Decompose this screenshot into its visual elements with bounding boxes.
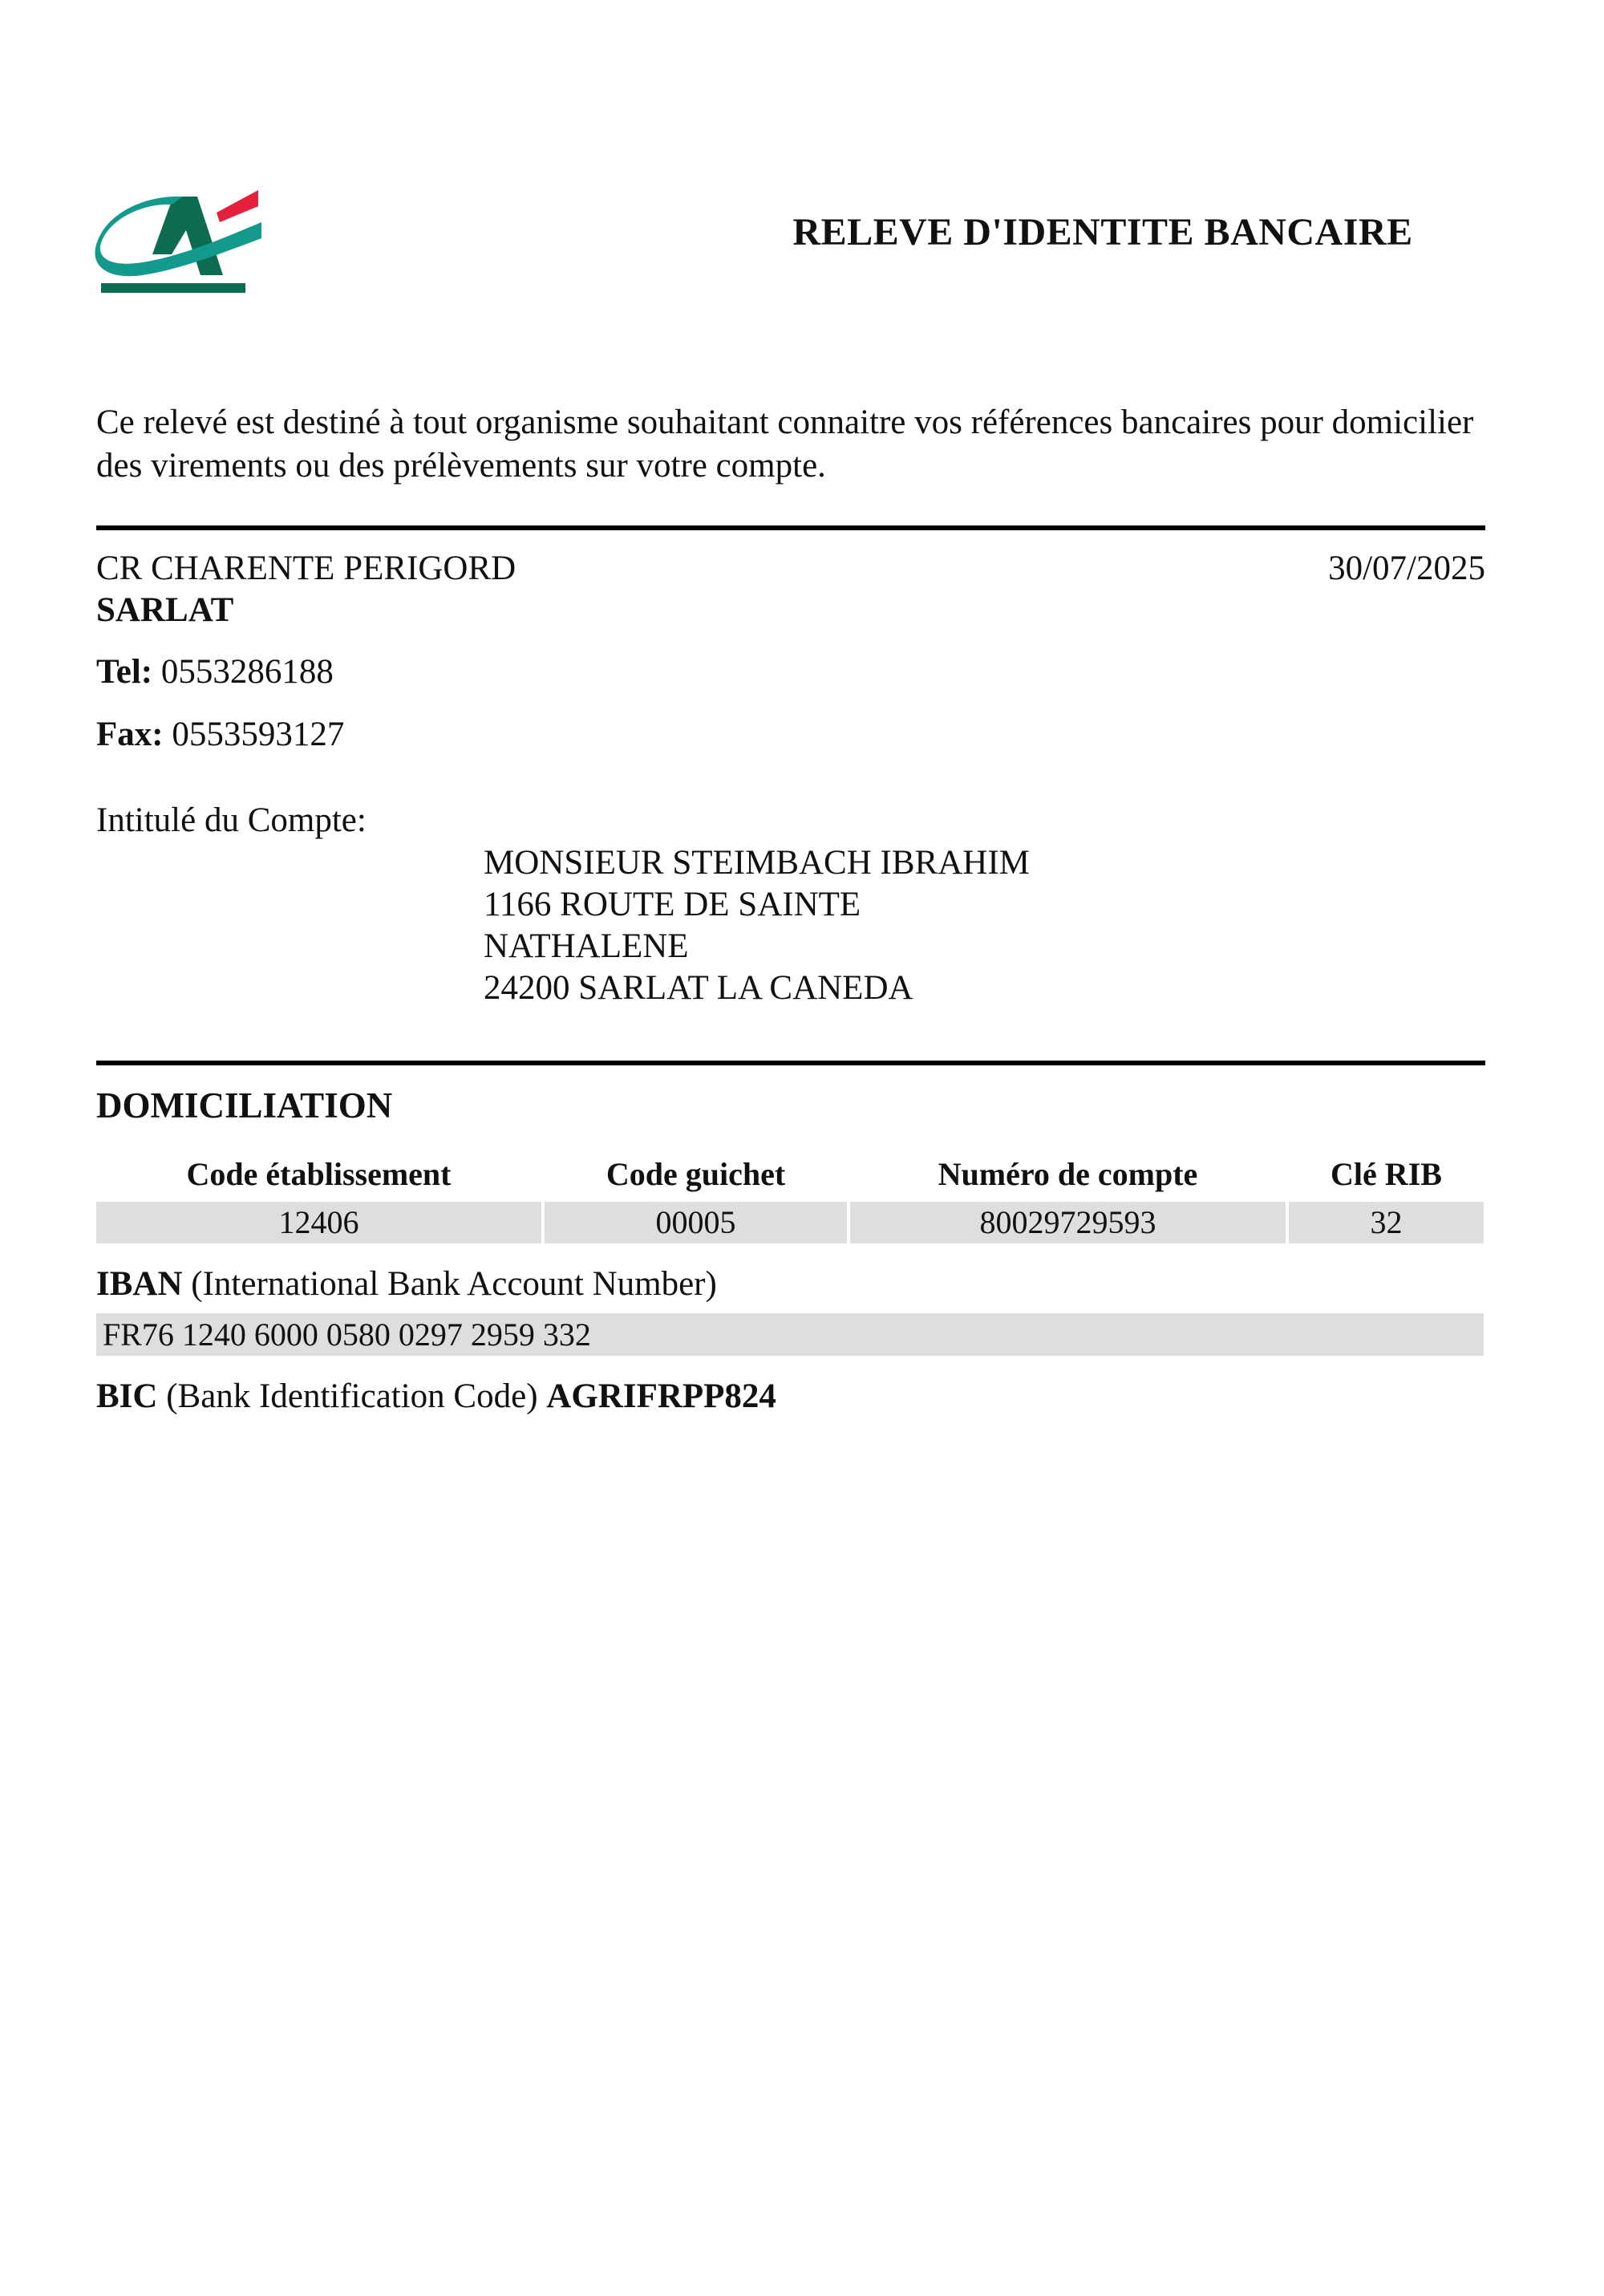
iban-value: FR76 1240 6000 0580 0297 2959 332 — [103, 1313, 591, 1356]
phone-line: Tel: 0553286188 — [96, 652, 334, 692]
divider — [96, 1061, 1485, 1065]
table-row: 12406 00005 80029729593 32 — [96, 1202, 1485, 1243]
divider — [96, 525, 1485, 530]
account-number-cell: 80029729593 — [850, 1202, 1286, 1243]
bic-line: BIC (Bank Identification Code) AGRIFRPP8… — [96, 1377, 776, 1416]
holder-address-line: 1166 ROUTE DE SAINTE — [484, 884, 1030, 926]
fax-number: 0553593127 — [172, 716, 344, 753]
phone-label: Tel: — [96, 653, 152, 691]
credit-agricole-logo — [95, 172, 263, 293]
branch-name: SARLAT — [96, 590, 233, 630]
column-header: Clé RIB — [1289, 1150, 1484, 1199]
rib-table-header: Code établissement Code guichet Numéro d… — [96, 1150, 1485, 1199]
phone-number: 0553286188 — [161, 653, 334, 691]
document-title: RELEVE D'IDENTITE BANCAIRE — [754, 210, 1452, 254]
holder-address-line: NATHALENE — [484, 926, 1030, 967]
column-header: Numéro de compte — [850, 1150, 1286, 1199]
iban-heading: IBAN (International Bank Account Number) — [96, 1264, 717, 1304]
account-holder-label: Intitulé du Compte: — [96, 801, 367, 840]
bic-value: AGRIFRPP824 — [546, 1377, 776, 1415]
rib-key-cell: 32 — [1289, 1202, 1484, 1243]
iban-label: IBAN — [96, 1265, 183, 1303]
holder-address-line: 24200 SARLAT LA CANEDA — [484, 967, 1030, 1009]
holder-name: MONSIEUR STEIMBACH IBRAHIM — [484, 842, 1030, 884]
fax-label: Fax: — [96, 716, 164, 753]
account-holder-address: MONSIEUR STEIMBACH IBRAHIM 1166 ROUTE DE… — [484, 842, 1030, 1009]
branch-code-cell: 00005 — [545, 1202, 847, 1243]
column-header: Code établissement — [96, 1150, 541, 1199]
column-header: Code guichet — [545, 1150, 847, 1199]
bic-description: (Bank Identification Code) — [157, 1377, 546, 1415]
intro-text: Ce relevé est destiné à tout organisme s… — [96, 401, 1508, 488]
iban-field: FR76 1240 6000 0580 0297 2959 332 — [96, 1313, 1484, 1356]
iban-description: (International Bank Account Number) — [183, 1265, 717, 1303]
fax-line: Fax: 0553593127 — [96, 715, 344, 754]
bank-code-cell: 12406 — [96, 1202, 541, 1243]
bic-label: BIC — [96, 1377, 157, 1415]
statement-date: 30/07/2025 — [1328, 549, 1485, 588]
rib-table: Code établissement Code guichet Numéro d… — [96, 1150, 1485, 1243]
bank-name: CR CHARENTE PERIGORD — [96, 549, 516, 588]
section-title-domiciliation: DOMICILIATION — [96, 1085, 392, 1126]
